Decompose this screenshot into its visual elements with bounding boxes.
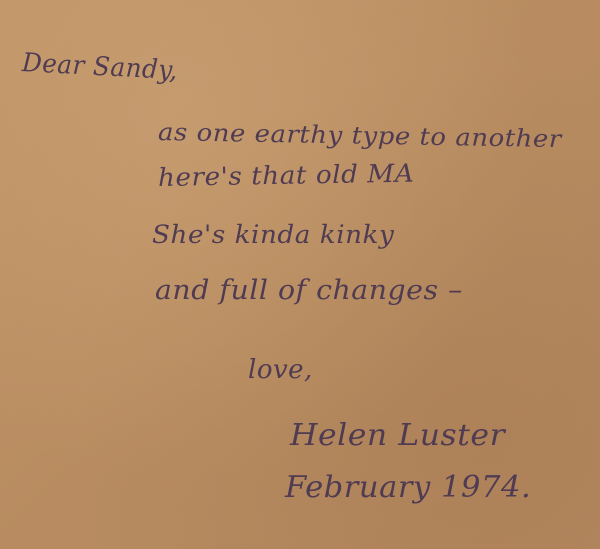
handwritten-note: Dear Sandy, as one earthy type to anothe… (0, 0, 600, 549)
note-line-4: and full of changes – (155, 275, 463, 306)
closing: love, (248, 355, 313, 385)
note-line-3: She's kinda kinky (152, 220, 394, 249)
signature: Helen Luster (290, 418, 505, 453)
note-line-1: as one earthy type to another (158, 118, 562, 153)
date: February 1974. (285, 470, 531, 505)
note-line-2: here's that old MA (158, 159, 415, 192)
salutation: Dear Sandy, (21, 48, 178, 86)
